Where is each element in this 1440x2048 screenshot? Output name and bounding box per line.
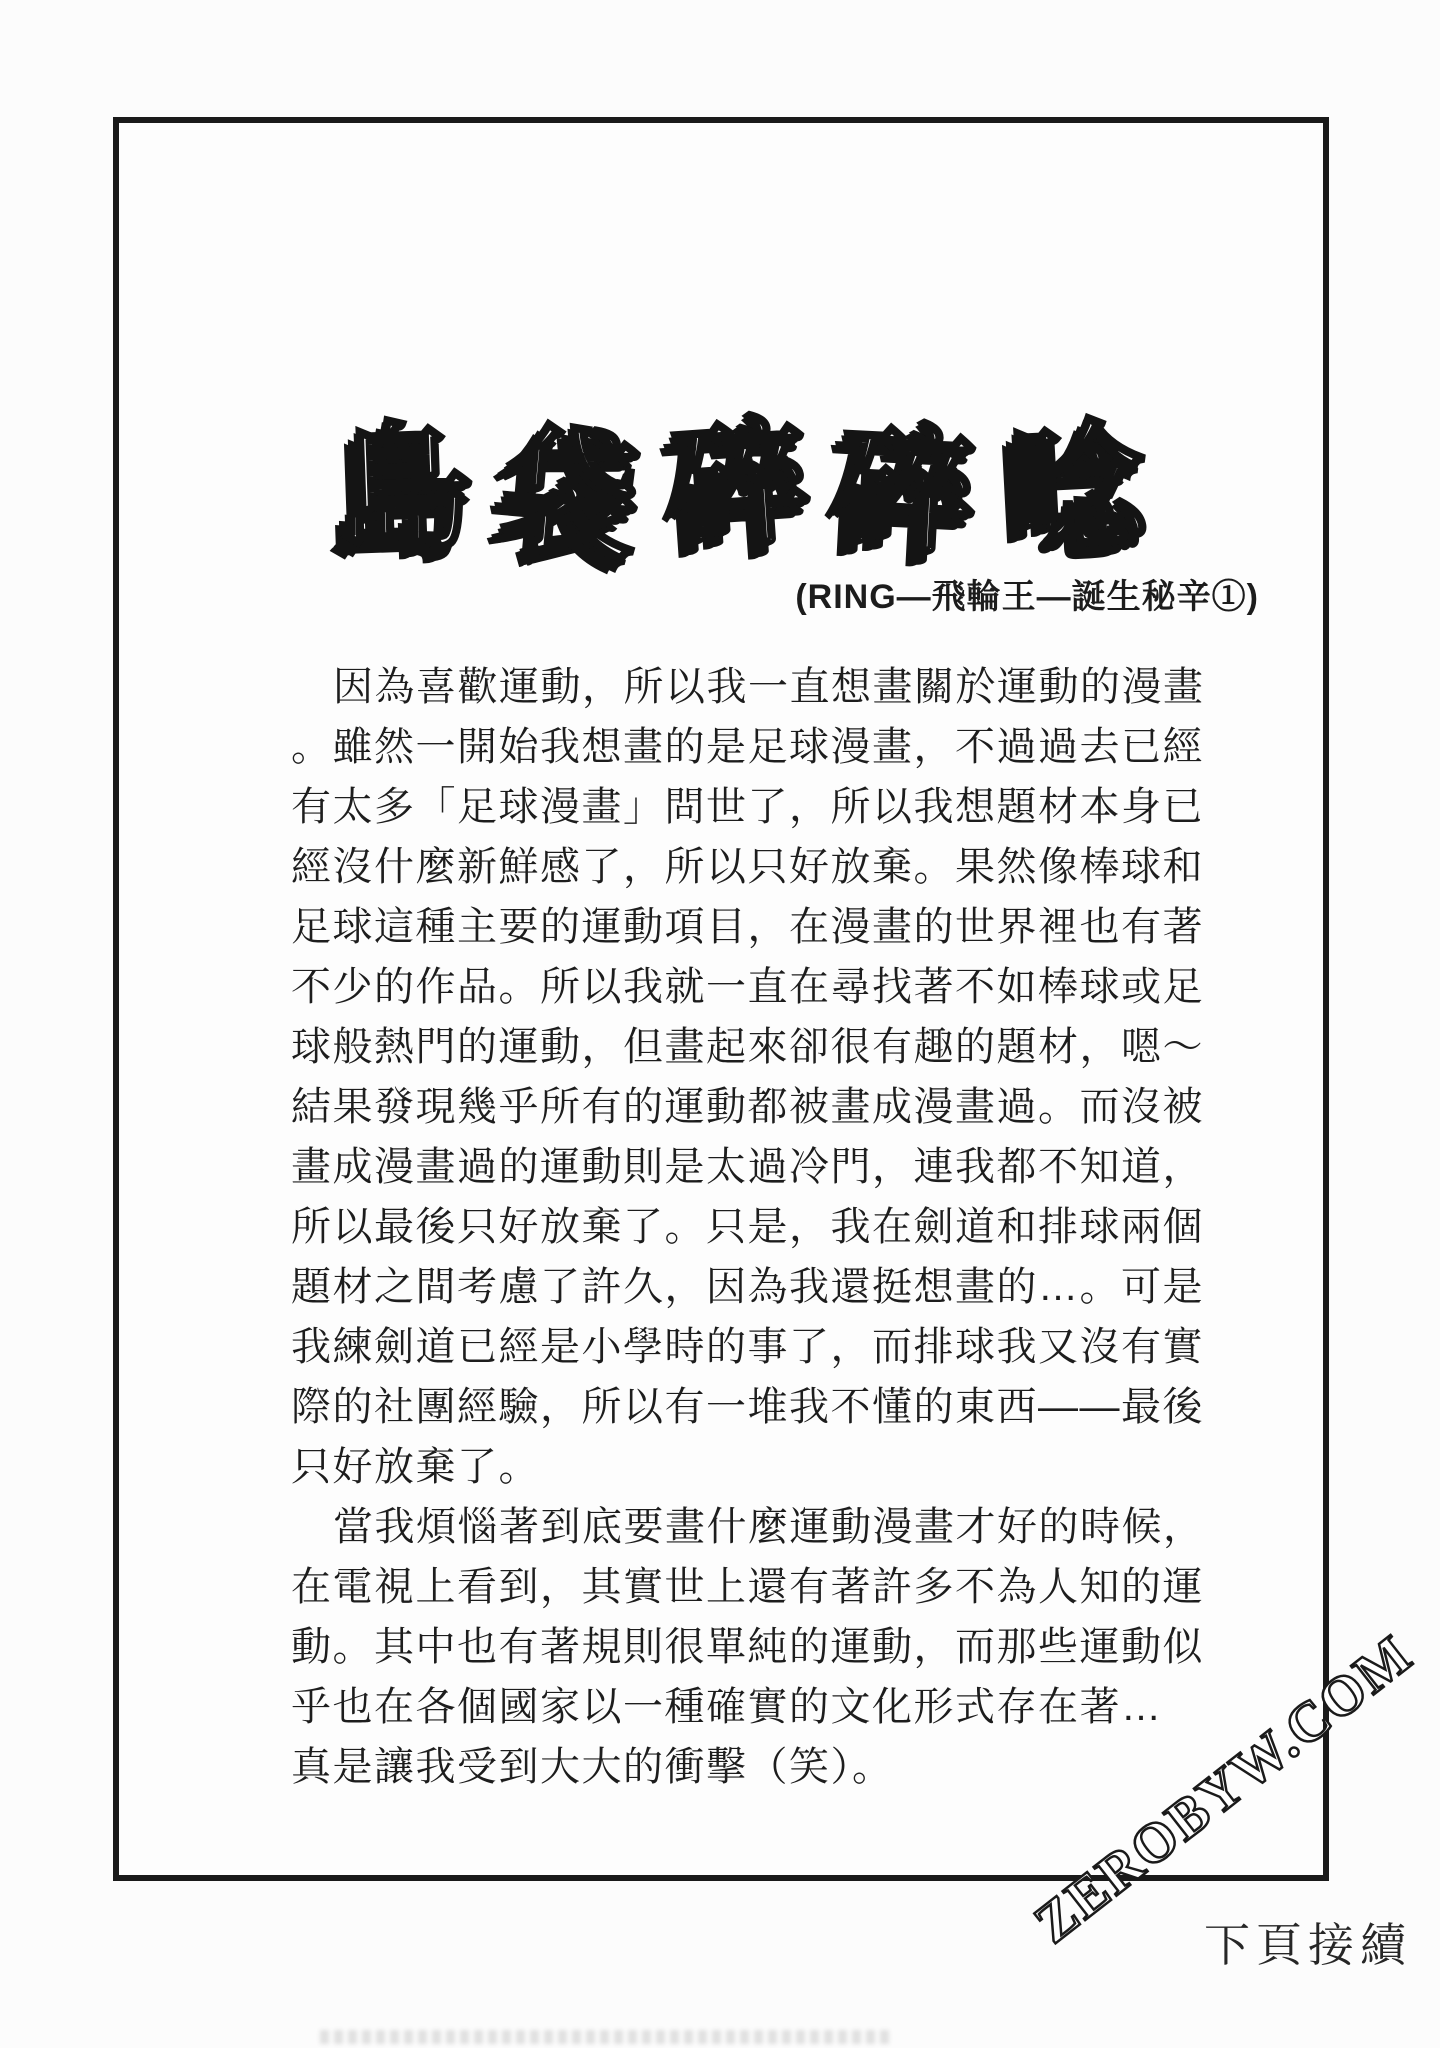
body-line: 足球這種主要的運動項目，在漫畫的世界裡也有著 [291, 897, 1151, 957]
body-line: 只好放棄了。 [291, 1437, 1151, 1497]
page-title: 島 袋 碎 碎 唸 [279, 375, 1199, 573]
title-char: 碎 [835, 378, 979, 583]
body-line: 不少的作品。所以我就一直在尋找著不如棒球或足 [291, 957, 1151, 1017]
body-line: 真是讓我受到大大的衝擊（笑）。 [291, 1737, 1151, 1797]
afterword-body: 因為喜歡運動，所以我一直想畫關於運動的漫畫 。雖然一開始我想畫的是足球漫畫，不過… [291, 657, 1151, 1797]
body-line: 畫成漫畫過的運動則是太過冷門，連我都不知道， [291, 1137, 1151, 1197]
page-border-frame: 島 袋 碎 碎 唸 (RING—飛輪王—誕生秘辛①) 因為喜歡運動，所以我一直想… [113, 117, 1329, 1881]
faint-footer-text [320, 2030, 890, 2044]
title-char: 袋 [494, 379, 645, 588]
body-line: 有太多「足球漫畫」問世了，所以我想題材本身已 [291, 777, 1151, 837]
body-line: 當我煩惱著到底要畫什麼運動漫畫才好的時候， [291, 1497, 1151, 1557]
body-line: 題材之間考慮了許久，因為我還挺想畫的…。可是 [291, 1257, 1151, 1317]
body-line: 結果發現幾乎所有的運動都被畫成漫畫過。而沒被 [291, 1077, 1151, 1137]
body-line: 際的社團經驗，所以有一堆我不懂的東西——最後 [291, 1377, 1151, 1437]
body-line: 因為喜歡運動，所以我一直想畫關於運動的漫畫 [291, 657, 1151, 717]
title-char: 碎 [665, 371, 813, 578]
body-line: 動。其中也有著規則很單純的運動，而那些運動似 [291, 1617, 1151, 1677]
title-char: 唸 [1004, 374, 1148, 579]
body-line: 所以最後只好放棄了。只是，我在劍道和排球兩個 [291, 1197, 1151, 1257]
next-page-note: 下頁接續 [1204, 1909, 1412, 1975]
page-subtitle: (RING—飛輪王—誕生秘辛①) [614, 569, 1259, 618]
body-line: 球般熱門的運動，但畫起來卻很有趣的題材，嗯～ [291, 1017, 1151, 1077]
body-line: 在電視上看到，其實世上還有著許多不為人知的運 [291, 1557, 1151, 1617]
title-char: 島 [332, 377, 473, 580]
body-line: 。雖然一開始我想畫的是足球漫畫，不過過去已經 [291, 717, 1151, 777]
body-line: 經沒什麼新鮮感了，所以只好放棄。果然像棒球和 [291, 837, 1151, 897]
body-line: 我練劍道已經是小學時的事了，而排球我又沒有實 [291, 1317, 1151, 1377]
manga-afterword-page: 島 袋 碎 碎 唸 (RING—飛輪王—誕生秘辛①) 因為喜歡運動，所以我一直想… [0, 0, 1440, 2048]
body-line: 乎也在各個國家以一種確實的文化形式存在著… [291, 1677, 1151, 1737]
